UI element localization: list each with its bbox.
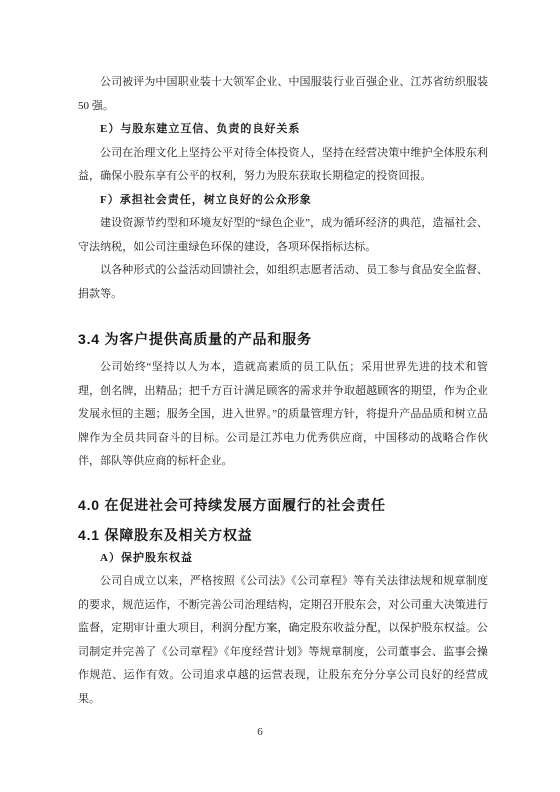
paragraph-quality-policy: 公司始终“坚持以人为本，造就高素质的员工队伍；采用世界先进的技术和管理，创名牌，… xyxy=(78,356,488,474)
paragraph-charity-activities: 以各种形式的公益活动回馈社会，如组织志愿者活动、员工参与食品安全监督、捐款等。 xyxy=(78,259,488,306)
paragraph-governance-culture: 公司在治理文化上坚持公平对待全体投资人，坚持在经营决策中维护全体股东利益，确保小… xyxy=(78,142,488,189)
paragraph-awards: 公司被评为中国职业装十大领军企业、中国服装行业百强企业、江苏省纺织服装 50 强… xyxy=(78,71,488,118)
section-heading-3-4: 3.4 为客户提供高质量的产品和服务 xyxy=(78,327,488,351)
subheading-protect-shareholder-rights: A）保护股东权益 xyxy=(78,547,488,571)
subheading-shareholder-relations: E）与股东建立互信、负责的良好关系 xyxy=(78,118,488,142)
paragraph-green-enterprise: 建设资源节约型和环境友好型的“绿色企业”，成为循环经济的典范，造福社会、守法纳税… xyxy=(78,212,488,259)
subheading-social-responsibility: F）承担社会责任，树立良好的公众形象 xyxy=(78,189,488,213)
document-page: 公司被评为中国职业装十大领军企业、中国服装行业百强企业、江苏省纺织服装 50 强… xyxy=(0,0,560,792)
paragraph-shareholder-protection: 公司自成立以来，严格按照《公司法》《公司章程》等有关法律法规和规章制度的要求，规… xyxy=(78,570,488,711)
page-number: 6 xyxy=(232,726,288,738)
section-heading-4-1: 4.1 保障股东及相关方权益 xyxy=(78,523,488,547)
section-heading-4-0: 4.0 在促进社会可持续发展方面履行的社会责任 xyxy=(78,493,488,517)
page-content: 公司被评为中国职业装十大领军企业、中国服装行业百强企业、江苏省纺织服装 50 强… xyxy=(78,71,488,711)
